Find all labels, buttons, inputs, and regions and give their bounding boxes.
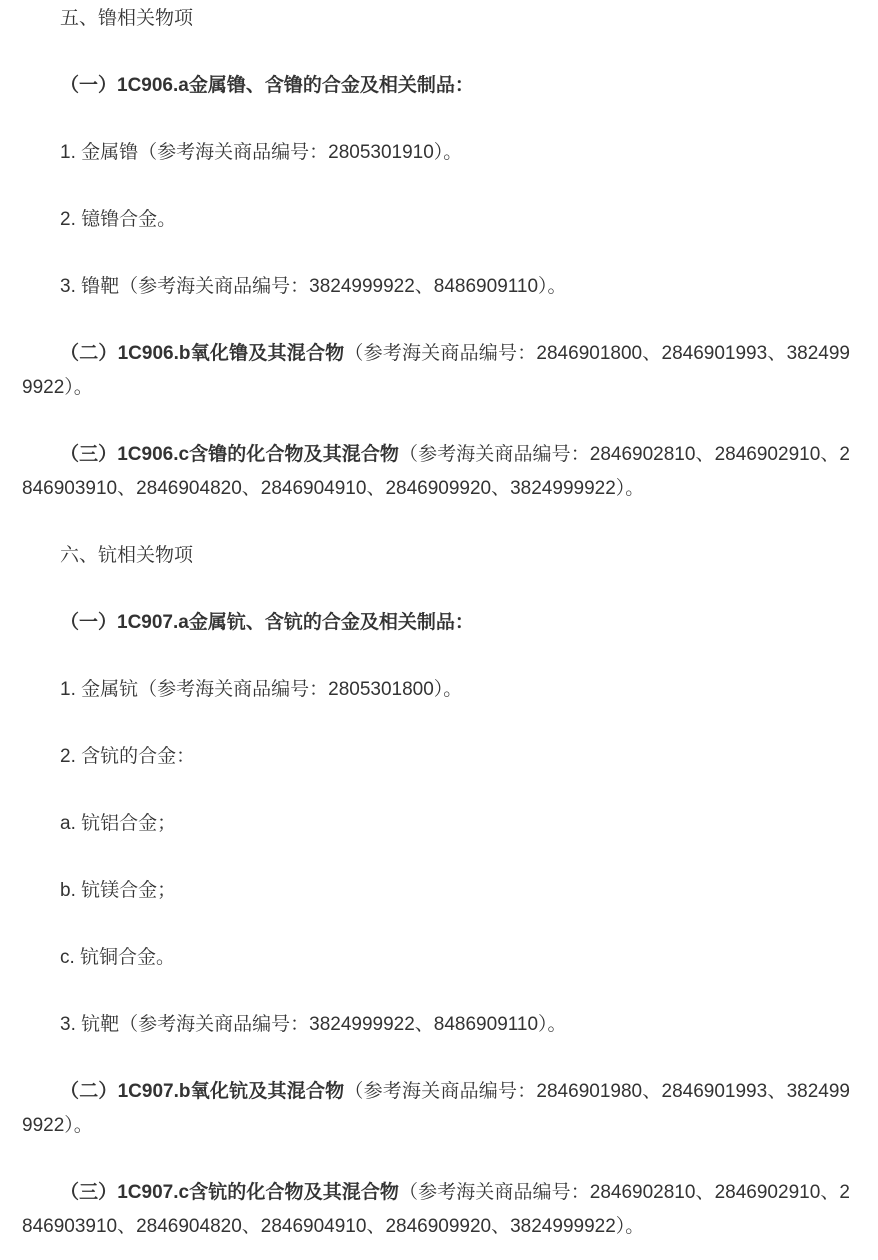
item-1c907a-3: 3. 钪靶（参考海关商品编号：3824999922、8486909110）。 <box>22 1008 850 1042</box>
item-1c907a-2c: c. 钪铜合金。 <box>22 941 850 975</box>
item-1c907a-2a: a. 钪铝合金； <box>22 807 850 841</box>
paragraph-text: 1. 金属镥（参考海关商品编号：2805301910）。 <box>60 142 462 163</box>
paragraph-text: a. 钪铝合金； <box>60 813 176 834</box>
paragraph-text: b. 钪镁合金； <box>60 880 176 901</box>
item-1c907a-1: 1. 金属钪（参考海关商品编号：2805301800）。 <box>22 673 850 707</box>
subheading-1c907a: （一）1C907.a金属钪、含钪的合金及相关制品： <box>22 606 850 640</box>
paragraph-text: 2. 镱镥合金。 <box>60 209 176 230</box>
para-1c907c: （三）1C907.c含钪的化合物及其混合物（参考海关商品编号：284690281… <box>22 1176 850 1244</box>
item-1c907a-2: 2. 含钪的合金： <box>22 740 850 774</box>
paragraph-bold-text: （三）1C906.c含镥的化合物及其混合物 <box>60 444 399 465</box>
paragraph-bold-text: （二）1C907.b氧化钪及其混合物 <box>60 1081 344 1102</box>
item-1c907a-2b: b. 钪镁合金； <box>22 874 850 908</box>
paragraph-bold-text: （三）1C907.c含钪的化合物及其混合物 <box>60 1182 399 1203</box>
subheading-1c906a: （一）1C906.a金属镥、含镥的合金及相关制品： <box>22 69 850 103</box>
para-1c906c: （三）1C906.c含镥的化合物及其混合物（参考海关商品编号：284690281… <box>22 438 850 506</box>
item-1c906a-1: 1. 金属镥（参考海关商品编号：2805301910）。 <box>22 136 850 170</box>
paragraph-text: 3. 钪靶（参考海关商品编号：3824999922、8486909110）。 <box>60 1014 567 1035</box>
paragraph-bold-text: （二）1C906.b氧化镥及其混合物 <box>60 343 344 364</box>
document-page: 五、镥相关物项 （一）1C906.a金属镥、含镥的合金及相关制品： 1. 金属镥… <box>0 0 878 1260</box>
para-1c906b: （二）1C906.b氧化镥及其混合物（参考海关商品编号：2846901800、2… <box>22 337 850 405</box>
item-1c906a-3: 3. 镥靶（参考海关商品编号：3824999922、8486909110）。 <box>22 270 850 304</box>
paragraph-bold-text: （一）1C906.a金属镥、含镥的合金及相关制品： <box>60 75 474 96</box>
paragraph-text: 六、钪相关物项 <box>60 545 193 566</box>
section-heading-5-lutetium: 五、镥相关物项 <box>22 2 850 36</box>
paragraph-text: c. 钪铜合金。 <box>60 947 175 968</box>
section-heading-6-scandium: 六、钪相关物项 <box>22 539 850 573</box>
paragraph-text: 3. 镥靶（参考海关商品编号：3824999922、8486909110）。 <box>60 276 567 297</box>
paragraph-text: 2. 含钪的合金： <box>60 746 195 767</box>
paragraph-text: 1. 金属钪（参考海关商品编号：2805301800）。 <box>60 679 462 700</box>
paragraph-text: 五、镥相关物项 <box>60 8 193 29</box>
item-1c906a-2: 2. 镱镥合金。 <box>22 203 850 237</box>
para-1c907b: （二）1C907.b氧化钪及其混合物（参考海关商品编号：2846901980、2… <box>22 1075 850 1143</box>
paragraph-bold-text: （一）1C907.a金属钪、含钪的合金及相关制品： <box>60 612 474 633</box>
